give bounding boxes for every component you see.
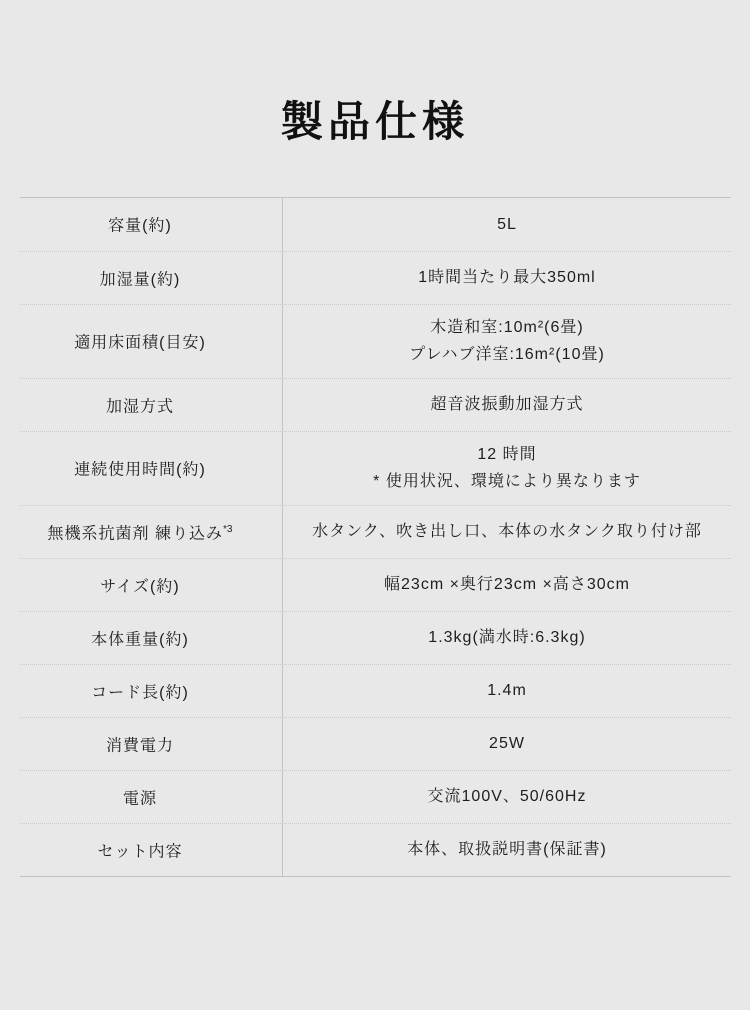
spec-row-capacity: 容量(約) 5L bbox=[20, 198, 731, 251]
spec-value: 交流100V、50/60Hz bbox=[283, 771, 731, 823]
spec-value: 幅23cm ×奥行23cm ×高さ30cm bbox=[283, 559, 731, 611]
spec-row-body-weight: 本体重量(約) 1.3kg(満水時:6.3kg) bbox=[20, 611, 731, 664]
spec-row-power-consumption: 消費電力 25W bbox=[20, 717, 731, 770]
spec-label: 電源 bbox=[20, 771, 283, 823]
spec-value: 1.3kg(満水時:6.3kg) bbox=[283, 612, 731, 664]
spec-row-humidification-amount: 加湿量(約) 1時間当たり最大350ml bbox=[20, 251, 731, 304]
spec-value: 超音波振動加湿方式 bbox=[283, 379, 731, 431]
spec-value: 1時間当たり最大350ml bbox=[283, 252, 731, 304]
spec-label: 容量(約) bbox=[20, 198, 283, 251]
spec-label: コード長(約) bbox=[20, 665, 283, 717]
spec-table: 容量(約) 5L 加湿量(約) 1時間当たり最大350ml 適用床面積(目安) … bbox=[20, 197, 731, 877]
spec-label: 加湿方式 bbox=[20, 379, 283, 431]
spec-label: 連続使用時間(約) bbox=[20, 432, 283, 505]
spec-row-antibacterial-agent: 無機系抗菌剤 練り込み*3 水タンク、吹き出し口、本体の水タンク取り付け部 bbox=[20, 505, 731, 558]
spec-value: 5L bbox=[283, 198, 731, 251]
product-spec-page: 製品仕様 容量(約) 5L 加湿量(約) 1時間当たり最大350ml 適用床面積… bbox=[0, 0, 750, 1010]
spec-row-cord-length: コード長(約) 1.4m bbox=[20, 664, 731, 717]
spec-label: 本体重量(約) bbox=[20, 612, 283, 664]
spec-row-size: サイズ(約) 幅23cm ×奥行23cm ×高さ30cm bbox=[20, 558, 731, 611]
spec-value: 25W bbox=[283, 718, 731, 770]
spec-value: 1.4m bbox=[283, 665, 731, 717]
spec-row-humidification-method: 加湿方式 超音波振動加湿方式 bbox=[20, 378, 731, 431]
spec-row-power-source: 電源 交流100V、50/60Hz bbox=[20, 770, 731, 823]
spec-value: 本体、取扱説明書(保証書) bbox=[283, 824, 731, 876]
spec-value: 12 時間 * 使用状況、環境により異なります bbox=[283, 432, 731, 505]
spec-label: サイズ(約) bbox=[20, 559, 283, 611]
spec-value: 水タンク、吹き出し口、本体の水タンク取り付け部 bbox=[283, 506, 731, 558]
spec-label: 適用床面積(目安) bbox=[20, 305, 283, 378]
spec-label: 無機系抗菌剤 練り込み*3 bbox=[20, 506, 283, 558]
spec-value: 木造和室:10m²(6畳) プレハブ洋室:16m²(10畳) bbox=[283, 305, 731, 378]
page-title: 製品仕様 bbox=[0, 0, 750, 147]
spec-row-set-contents: セット内容 本体、取扱説明書(保証書) bbox=[20, 823, 731, 876]
spec-label: 消費電力 bbox=[20, 718, 283, 770]
spec-row-continuous-use-time: 連続使用時間(約) 12 時間 * 使用状況、環境により異なります bbox=[20, 431, 731, 505]
spec-label: 加湿量(約) bbox=[20, 252, 283, 304]
spec-label: セット内容 bbox=[20, 824, 283, 876]
spec-row-floor-area: 適用床面積(目安) 木造和室:10m²(6畳) プレハブ洋室:16m²(10畳) bbox=[20, 304, 731, 378]
